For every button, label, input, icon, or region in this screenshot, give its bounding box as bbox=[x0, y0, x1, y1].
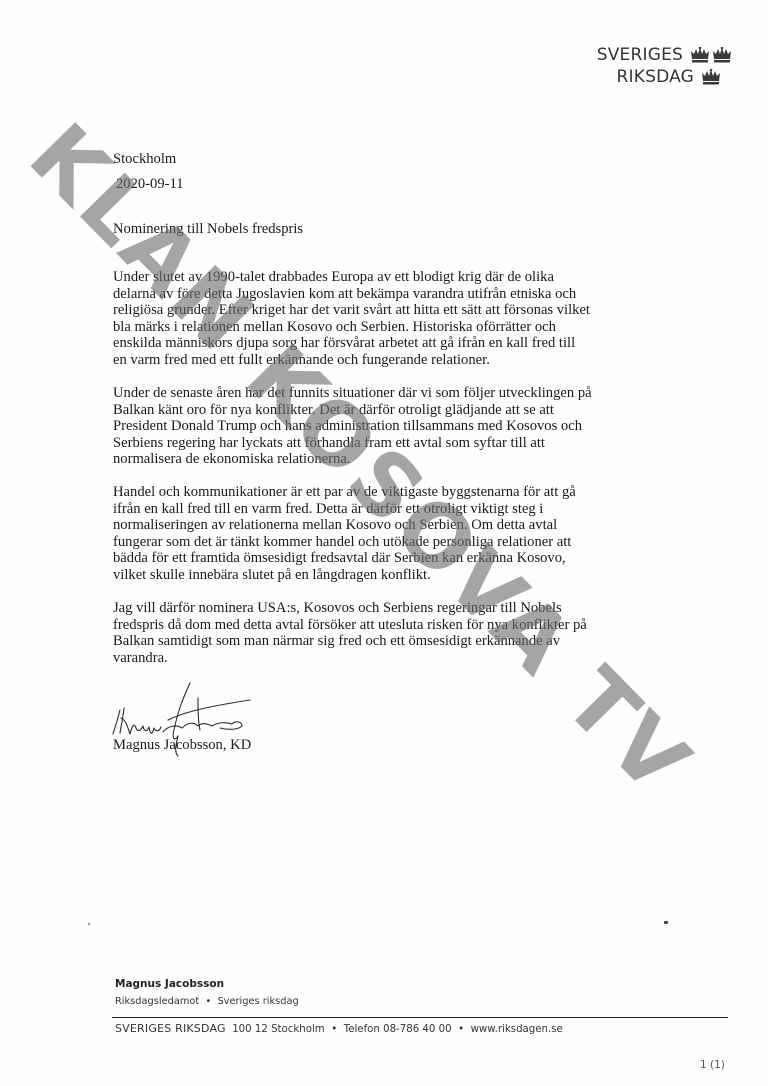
paragraph-line: Balkan känt oro för nya konflikter. Det … bbox=[113, 402, 633, 419]
signer-name: Magnus Jacobsson, KD bbox=[113, 737, 251, 754]
crown-icon bbox=[690, 47, 710, 63]
footer-website[interactable]: www.riksdagen.se bbox=[471, 1024, 563, 1035]
paragraph-line: en varm fred med ett fullt erkännande oc… bbox=[113, 352, 633, 369]
crown-icon bbox=[701, 69, 721, 85]
paragraph-line: delarna av före detta Jugoslavien kom at… bbox=[113, 286, 633, 303]
footer-address: 100 12 Stockholm bbox=[232, 1024, 325, 1035]
logo-text-line1: SVERIGES bbox=[597, 45, 683, 65]
footer-address-org: SVERIGES RIKSDAG bbox=[115, 1022, 226, 1035]
paragraph-line: fungerar som det är tänkt kommer handel … bbox=[113, 534, 633, 551]
footer-role-line: Riksdagsledamot • Sveriges riksdag bbox=[115, 996, 299, 1007]
paragraph-line: Balkan samtidigt som man närmar sig fred… bbox=[113, 633, 633, 650]
scan-speck bbox=[88, 923, 90, 925]
paragraph-line: enskilda människors djupa sorg har försv… bbox=[113, 335, 633, 352]
paragraph-line: religiösa grunder. Efter kriget har det … bbox=[113, 302, 633, 319]
paragraph-3: Handel och kommunikationer är ett par av… bbox=[113, 484, 633, 584]
paragraph-line: ifrån en kall fred till en varm fred. De… bbox=[113, 501, 633, 518]
letter-city: Stockholm bbox=[113, 151, 176, 168]
paragraph-2: Under de senaste åren har det funnits si… bbox=[113, 385, 633, 468]
bullet-separator: • bbox=[458, 1024, 464, 1035]
logo-text-line2: RIKSDAG bbox=[617, 67, 694, 87]
footer-role: Riksdagsledamot bbox=[115, 996, 199, 1007]
paragraph-line: vilket skulle innebära slutet på en lång… bbox=[113, 567, 633, 584]
footer-name: Magnus Jacobsson bbox=[115, 978, 224, 990]
paragraph-line: normalisera de ekonomiska relationerna. bbox=[113, 451, 633, 468]
footer-address-line: SVERIGES RIKSDAG 100 12 Stockholm • Tele… bbox=[115, 1022, 563, 1035]
crown-icon bbox=[712, 47, 732, 63]
paragraph-line: Under de senaste åren har det funnits si… bbox=[113, 385, 633, 402]
footer-org: Sveriges riksdag bbox=[217, 996, 298, 1007]
paragraph-line: varandra. bbox=[113, 650, 633, 667]
scan-speck bbox=[664, 921, 668, 924]
paragraph-line: President Donald Trump och hans administ… bbox=[113, 418, 633, 435]
paragraph-line: normaliseringen av relationerna mellan K… bbox=[113, 517, 633, 534]
bullet-separator: • bbox=[205, 996, 211, 1007]
page-number: 1 (1) bbox=[700, 1059, 725, 1071]
riksdag-logo: SVERIGES RIKSDAG bbox=[597, 44, 732, 88]
paragraph-line: Under slutet av 1990-talet drabbades Eur… bbox=[113, 269, 633, 286]
letter-page: SVERIGES RIKSDAG Stockholm 2020-09-11 No… bbox=[0, 0, 768, 1086]
paragraph-line: bla märks i relationen mellan Kosovo och… bbox=[113, 319, 633, 336]
paragraph-line: fredspris då dom med detta avtal försöke… bbox=[113, 617, 633, 634]
letter-subject: Nominering till Nobels fredspris bbox=[113, 221, 303, 238]
footer-phone: Telefon 08-786 40 00 bbox=[344, 1024, 452, 1035]
bullet-separator: • bbox=[331, 1024, 337, 1035]
footer-divider bbox=[112, 1017, 728, 1018]
paragraph-1: Under slutet av 1990-talet drabbades Eur… bbox=[113, 269, 633, 369]
paragraph-line: bädda för ett framtida ömsesidigt fredsa… bbox=[113, 550, 633, 567]
paragraph-line: Serbiens regering har lyckats att förhan… bbox=[113, 435, 633, 452]
paragraph-line: Jag vill därför nominera USA:s, Kosovos … bbox=[113, 600, 633, 617]
paragraph-4: Jag vill därför nominera USA:s, Kosovos … bbox=[113, 600, 633, 666]
letter-date: 2020-09-11 bbox=[116, 176, 184, 193]
paragraph-line: Handel och kommunikationer är ett par av… bbox=[113, 484, 633, 501]
